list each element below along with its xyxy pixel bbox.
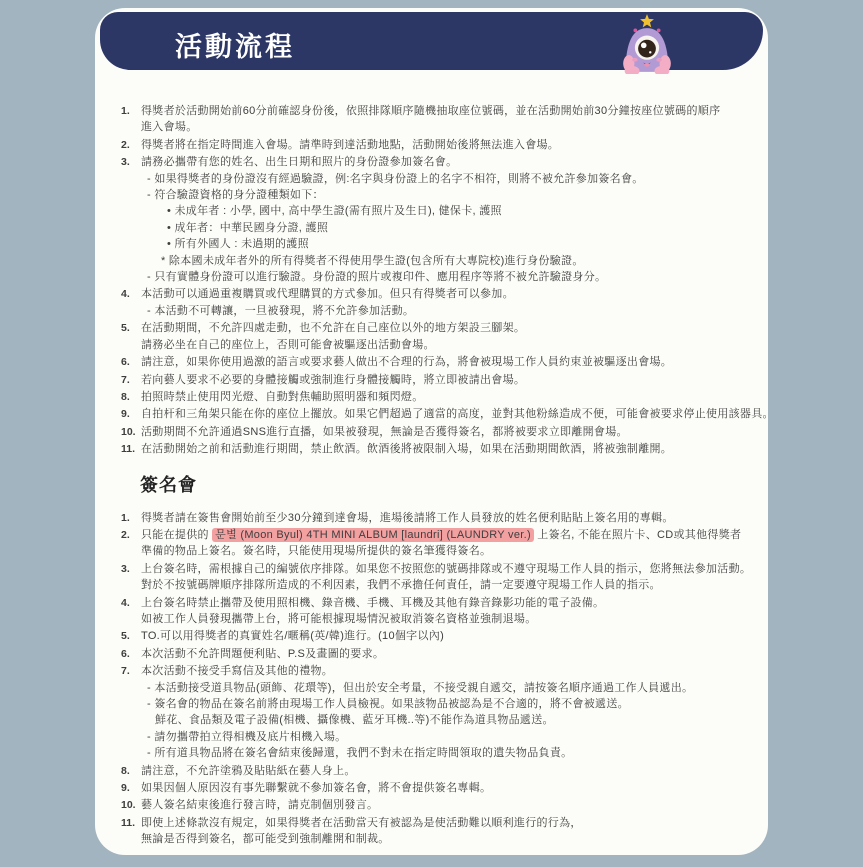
rule-line: - 簽名會的物品在簽名前將由現場工作人員檢視。如果該物品被認為是不合適的，將不會…	[147, 696, 735, 712]
rule-line: 得獎者將在指定時間進入會場。請準時到達活動地點，活動開始後將無法進入會場。	[141, 137, 735, 153]
item-number: 9.	[121, 406, 130, 422]
rule-line: - 本活動不可轉讓，一旦被發現，將不允許參加活動。	[147, 303, 735, 319]
rule-line: 自拍杆和三角架只能在你的座位上擺放。如果它們超過了適當的高度，並對其他粉絲造成不…	[141, 406, 735, 422]
text-before-highlight: 只能在提供的	[141, 529, 212, 541]
rule-line: 請務必坐在自己的座位上，否則可能會被驅逐出活動會場。	[141, 337, 735, 353]
rule-line: 拍照時禁止使用閃光燈、自動對焦輔助照明器和頻閃燈。	[141, 389, 735, 405]
rule-line: 請務必攜帶有您的姓名、出生日期和照片的身份證參加簽名會。	[141, 154, 735, 170]
star-icon	[640, 14, 654, 27]
rule-line: 鮮花、食品類及電子設備(相機、攝像機、藍牙耳機..等)不能作為道具物品遞送。	[155, 712, 735, 728]
rule-item: 5.TO.可以用得獎者的真實姓名/暱稱(英/韓)進行。(10個字以內)	[123, 628, 735, 644]
item-number: 11.	[121, 815, 135, 831]
rule-item: 11.在活動開始之前和活動進行期間，禁止飲酒。飲酒後將被限制入場，如果在活動期間…	[123, 441, 735, 457]
rule-line: 活動期間不允許通過SNS進行直播，如果被發現，無論是否獲得簽名，都將被要求立即離…	[141, 424, 735, 440]
item-number: 5.	[121, 320, 130, 336]
item-number: 3.	[121, 561, 130, 577]
signing-rules-list: 1.得獎者請在簽售會開始前至少30分鐘到達會場，進場後請將工作人員發放的姓名便利…	[123, 510, 735, 848]
rule-item: 6.本次活動不允許問題便利貼、P.S及畫圖的要求。	[123, 646, 735, 662]
item-number: 3.	[121, 154, 130, 170]
rule-line: 在活動開始之前和活動進行期間，禁止飲酒。飲酒後將被限制入場，如果在活動期間飲酒，…	[141, 441, 735, 457]
rule-line: 對於不按號碼牌順序排隊所造成的不利因素，我們不承擔任何責任，請一定要遵守現場工作…	[141, 577, 735, 593]
content-area: 1.得獎者於活動開始前60分前確認身份後，依照排隊順序隨機抽取座位號碼，並在活動…	[123, 103, 735, 849]
rule-line: - 本活動接受道具物品(頭飾、花環等)，但出於安全考量，不接受親自遞交，請按簽名…	[147, 680, 735, 696]
item-number: 2.	[121, 527, 130, 543]
rule-item: 1.得獎者於活動開始前60分前確認身份後，依照排隊順序隨機抽取座位號碼，並在活動…	[123, 103, 735, 136]
rule-item: 11.即使上述條款沒有規定，如果得獎者在活動當天有被認為是使活動難以順利進行的行…	[123, 815, 735, 848]
rule-line: 若向藝人要求不必要的身體接觸或強制進行身體接觸時，將立即被請出會場。	[141, 372, 735, 388]
rule-item: 3.請務必攜帶有您的姓名、出生日期和照片的身份證參加簽名會。- 如果得獎者的身份…	[123, 154, 735, 285]
item-number: 9.	[121, 780, 130, 796]
rule-line: • 所有外國人 : 未過期的護照	[167, 236, 735, 252]
item-number: 5.	[121, 628, 130, 644]
rule-item: 10.活動期間不允許通過SNS進行直播，如果被發現，無論是否獲得簽名，都將被要求…	[123, 424, 735, 440]
rule-item: 7.若向藝人要求不必要的身體接觸或強制進行身體接觸時，將立即被請出會場。	[123, 372, 735, 388]
rule-line: 本活動可以通過重複購買或代理購買的方式參加。但只有得獎者可以參加。	[141, 286, 735, 302]
rule-line: 得獎者於活動開始前60分前確認身份後，依照排隊順序隨機抽取座位號碼，並在活動開始…	[141, 103, 735, 119]
rule-line: 上台簽名時禁止攜帶及使用照相機、錄音機、手機、耳機及其他有錄音錄影功能的電子設備…	[141, 595, 735, 611]
rule-line: 只能在提供的 문별 (Moon Byul) 4TH MINI ALBUM [la…	[141, 527, 735, 543]
page-background: 活動流程 1.得獎者於活動開始前60分前確認身份後，	[0, 0, 863, 867]
rule-item: 2.只能在提供的 문별 (Moon Byul) 4TH MINI ALBUM […	[123, 527, 735, 560]
item-number: 4.	[121, 595, 130, 611]
item-number: 2.	[121, 137, 130, 153]
rule-item: 5.在活動期間，不允許四處走動，也不允許在自己座位以外的地方架設三腳架。請務必坐…	[123, 320, 735, 353]
item-number: 1.	[121, 510, 130, 526]
page-title: 活動流程	[175, 25, 295, 64]
rule-line: • 未成年者 : 小學, 國中, 高中學生證(需有照片及生日), 健保卡, 護照	[167, 203, 735, 219]
rule-item: 10.藝人簽名結束後進行發言時，請克制個別發言。	[123, 797, 735, 813]
item-number: 11.	[121, 441, 135, 457]
rule-item: 9.如果因個人原因沒有事先聯繫就不參加簽名會，將不會提供簽名專輯。	[123, 780, 735, 796]
rule-line: - 符合驗證資格的身分證種類如下：	[147, 187, 735, 203]
rule-line: - 只有實體身份證可以進行驗證。身份證的照片或複印件、應用程序等將不被允許驗證身…	[147, 269, 735, 285]
album-name-highlight: 문별 (Moon Byul) 4TH MINI ALBUM [laundri] …	[212, 528, 534, 542]
item-number: 7.	[121, 663, 130, 679]
rule-line: 如果因個人原因沒有事先聯繫就不參加簽名會，將不會提供簽名專輯。	[141, 780, 735, 796]
rule-line: * 除本國未成年者外的所有得獎者不得使用學生證(包含所有大專院校)進行身份驗證。	[161, 253, 735, 269]
rule-item: 7.本次活動不接受手寫信及其他的禮物。- 本活動接受道具物品(頭飾、花環等)，但…	[123, 663, 735, 761]
rule-line: 準備的物品上簽名。簽名時，只能使用現場所提供的簽名筆獲得簽名。	[141, 543, 735, 559]
rule-line: 進入會場。	[141, 119, 735, 135]
notice-card: 活動流程 1.得獎者於活動開始前60分前確認身份後，	[95, 8, 768, 855]
rule-item: 1.得獎者請在簽售會開始前至少30分鐘到達會場，進場後請將工作人員發放的姓名便利…	[123, 510, 735, 526]
rule-line: 上台簽名時，需根據自己的編號依序排隊。如果您不按照您的號碼排隊或不遵守現場工作人…	[141, 561, 735, 577]
item-number: 7.	[121, 372, 130, 388]
rule-line: 本次活動不允許問題便利貼、P.S及畫圖的要求。	[141, 646, 735, 662]
mascot-monster-icon	[619, 12, 675, 74]
item-number: 6.	[121, 646, 130, 662]
rule-item: 3.上台簽名時，需根據自己的編號依序排隊。如果您不按照您的號碼排隊或不遵守現場工…	[123, 561, 735, 594]
header-bar: 活動流程	[100, 12, 763, 70]
item-number: 6.	[121, 354, 130, 370]
item-number: 10.	[121, 424, 136, 440]
rule-line: 請注意，不允許塗鴉及貼貼紙在藝人身上。	[141, 763, 735, 779]
item-number: 1.	[121, 103, 130, 119]
rule-line: 藝人簽名結束後進行發言時，請克制個別發言。	[141, 797, 735, 813]
rule-line: 請注意，如果你使用過激的語言或要求藝人做出不合理的行為，將會被現場工作人員約束並…	[141, 354, 735, 370]
rule-line: 得獎者請在簽售會開始前至少30分鐘到達會場，進場後請將工作人員發放的姓名便利貼貼…	[141, 510, 735, 526]
rule-item: 9.自拍杆和三角架只能在你的座位上擺放。如果它們超過了適當的高度，並對其他粉絲造…	[123, 406, 735, 422]
signing-section-title: 簽名會	[140, 471, 735, 497]
rule-line: - 請勿攜帶拍立得相機及底片相機入場。	[147, 729, 735, 745]
text-after-highlight: 上簽名, 不能在照片卡、CD或其他得獎者	[534, 529, 741, 541]
item-number: 4.	[121, 286, 130, 302]
rule-item: 8.請注意，不允許塗鴉及貼貼紙在藝人身上。	[123, 763, 735, 779]
rule-item: 4.上台簽名時禁止攜帶及使用照相機、錄音機、手機、耳機及其他有錄音錄影功能的電子…	[123, 595, 735, 628]
item-number: 10.	[121, 797, 136, 813]
rule-item: 8.拍照時禁止使用閃光燈、自動對焦輔助照明器和頻閃燈。	[123, 389, 735, 405]
item-number: 8.	[121, 763, 130, 779]
rule-line: • 成年者：中華民國身分證, 護照	[167, 220, 735, 236]
rule-line: 在活動期間，不允許四處走動，也不允許在自己座位以外的地方架設三腳架。	[141, 320, 735, 336]
event-flow-rules-list: 1.得獎者於活動開始前60分前確認身份後，依照排隊順序隨機抽取座位號碼，並在活動…	[123, 103, 735, 458]
rule-line: - 所有道具物品將在簽名會結束後歸還，我們不對未在指定時間領取的遺失物品負責。	[147, 745, 735, 761]
rule-line: 即使上述條款沒有規定，如果得獎者在活動當天有被認為是使活動難以順利進行的行為，	[141, 815, 735, 831]
rule-item: 6.請注意，如果你使用過激的語言或要求藝人做出不合理的行為，將會被現場工作人員約…	[123, 354, 735, 370]
rule-line: 本次活動不接受手寫信及其他的禮物。	[141, 663, 735, 679]
rule-line: 無論是否得到簽名，都可能受到強制離開和制裁。	[141, 831, 735, 847]
rule-item: 2.得獎者將在指定時間進入會場。請準時到達活動地點，活動開始後將無法進入會場。	[123, 137, 735, 153]
item-number: 8.	[121, 389, 130, 405]
rule-item: 4.本活動可以通過重複購買或代理購買的方式參加。但只有得獎者可以參加。- 本活動…	[123, 286, 735, 319]
rule-line: TO.可以用得獎者的真實姓名/暱稱(英/韓)進行。(10個字以內)	[141, 628, 735, 644]
rule-line: - 如果得獎者的身份證沒有經過驗證，例:名字與身份證上的名字不相符，則將不被允許…	[147, 171, 735, 187]
rule-line: 如被工作人員發現攜帶上台，將可能根據現場情況被取消簽名資格並強制退場。	[141, 611, 735, 627]
